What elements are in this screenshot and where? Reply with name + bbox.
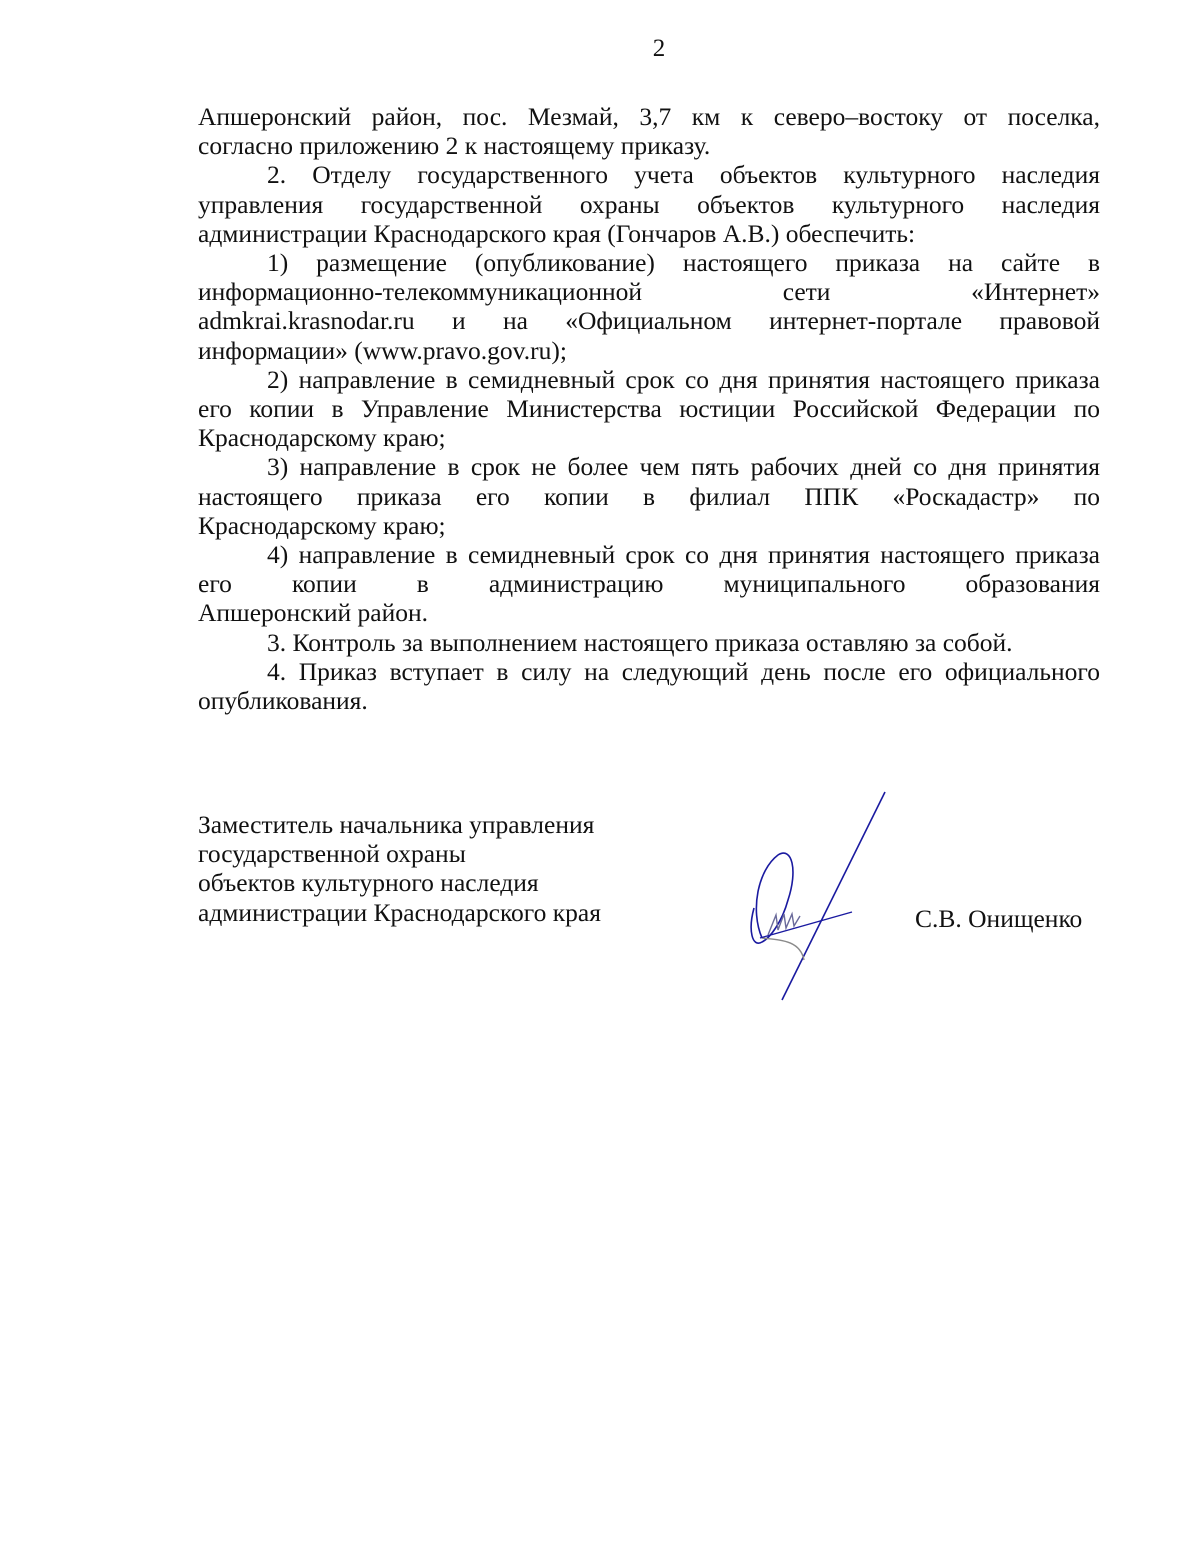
- paragraph-item-2-2: 2) направление в семидневный срок со дня…: [198, 365, 1100, 453]
- text-line: его копии в Управление Министерства юсти…: [198, 394, 1100, 423]
- paragraph-item-2-4: 4) направление в семидневный срок со дня…: [198, 540, 1100, 628]
- text-line: 3) направление в срок не более чем пять …: [198, 452, 1100, 481]
- text-line: 4) направление в семидневный срок со дня…: [198, 540, 1100, 569]
- text-line: Краснодарскому краю;: [198, 511, 1100, 540]
- text-line: опубликования.: [198, 686, 1100, 715]
- text-line: Краснодарскому краю;: [198, 423, 1100, 452]
- text-line: 3. Контроль за выполнением настоящего пр…: [198, 628, 1100, 657]
- document-body: Апшеронский район, пос. Мезмай, 3,7 км к…: [198, 102, 1100, 715]
- text-line: Апшеронский район.: [198, 598, 1100, 627]
- signer-title: Заместитель начальника управления госуда…: [198, 810, 601, 927]
- paragraph-item-2: 2. Отделу государственного учета объекто…: [198, 160, 1100, 248]
- paragraph-item-2-3: 3) направление в срок не более чем пять …: [198, 452, 1100, 540]
- text-line: администрации Краснодарского края (Гонча…: [198, 219, 1100, 248]
- text-line: информации» (www.pravo.gov.ru);: [198, 336, 1100, 365]
- signer-title-line: администрации Краснодарского края: [198, 898, 601, 927]
- text-line: управления государственной охраны объект…: [198, 190, 1100, 219]
- signer-title-line: Заместитель начальника управления: [198, 810, 601, 839]
- text-line: его копии в администрацию муниципального…: [198, 569, 1100, 598]
- signer-title-line: государственной охраны: [198, 839, 601, 868]
- paragraph-item-3: 3. Контроль за выполнением настоящего пр…: [198, 628, 1100, 657]
- text-line: 2) направление в семидневный срок со дня…: [198, 365, 1100, 394]
- page-number: 2: [0, 34, 1200, 64]
- handwritten-signature-icon: [740, 790, 900, 1005]
- text-line: admkrai.krasnodar.ru и на «Официальном и…: [198, 306, 1100, 335]
- paragraph-item-2-1: 1) размещение (опубликование) настоящего…: [198, 248, 1100, 365]
- text-line: 1) размещение (опубликование) настоящего…: [198, 248, 1100, 277]
- signer-name: С.В. Онищенко: [915, 904, 1082, 934]
- paragraph-item-4: 4. Приказ вступает в силу на следующий д…: [198, 657, 1100, 715]
- text-line: 2. Отделу государственного учета объекто…: [198, 160, 1100, 189]
- text-line: 4. Приказ вступает в силу на следующий д…: [198, 657, 1100, 686]
- text-line: настоящего приказа его копии в филиал ПП…: [198, 482, 1100, 511]
- text-line: Апшеронский район, пос. Мезмай, 3,7 км к…: [198, 102, 1100, 131]
- signer-title-line: объектов культурного наследия: [198, 868, 601, 897]
- paragraph-continuation: Апшеронский район, пос. Мезмай, 3,7 км к…: [198, 102, 1100, 160]
- text-line: согласно приложению 2 к настоящему прика…: [198, 131, 1100, 160]
- text-line: информационно-телекоммуникационной сети …: [198, 277, 1100, 306]
